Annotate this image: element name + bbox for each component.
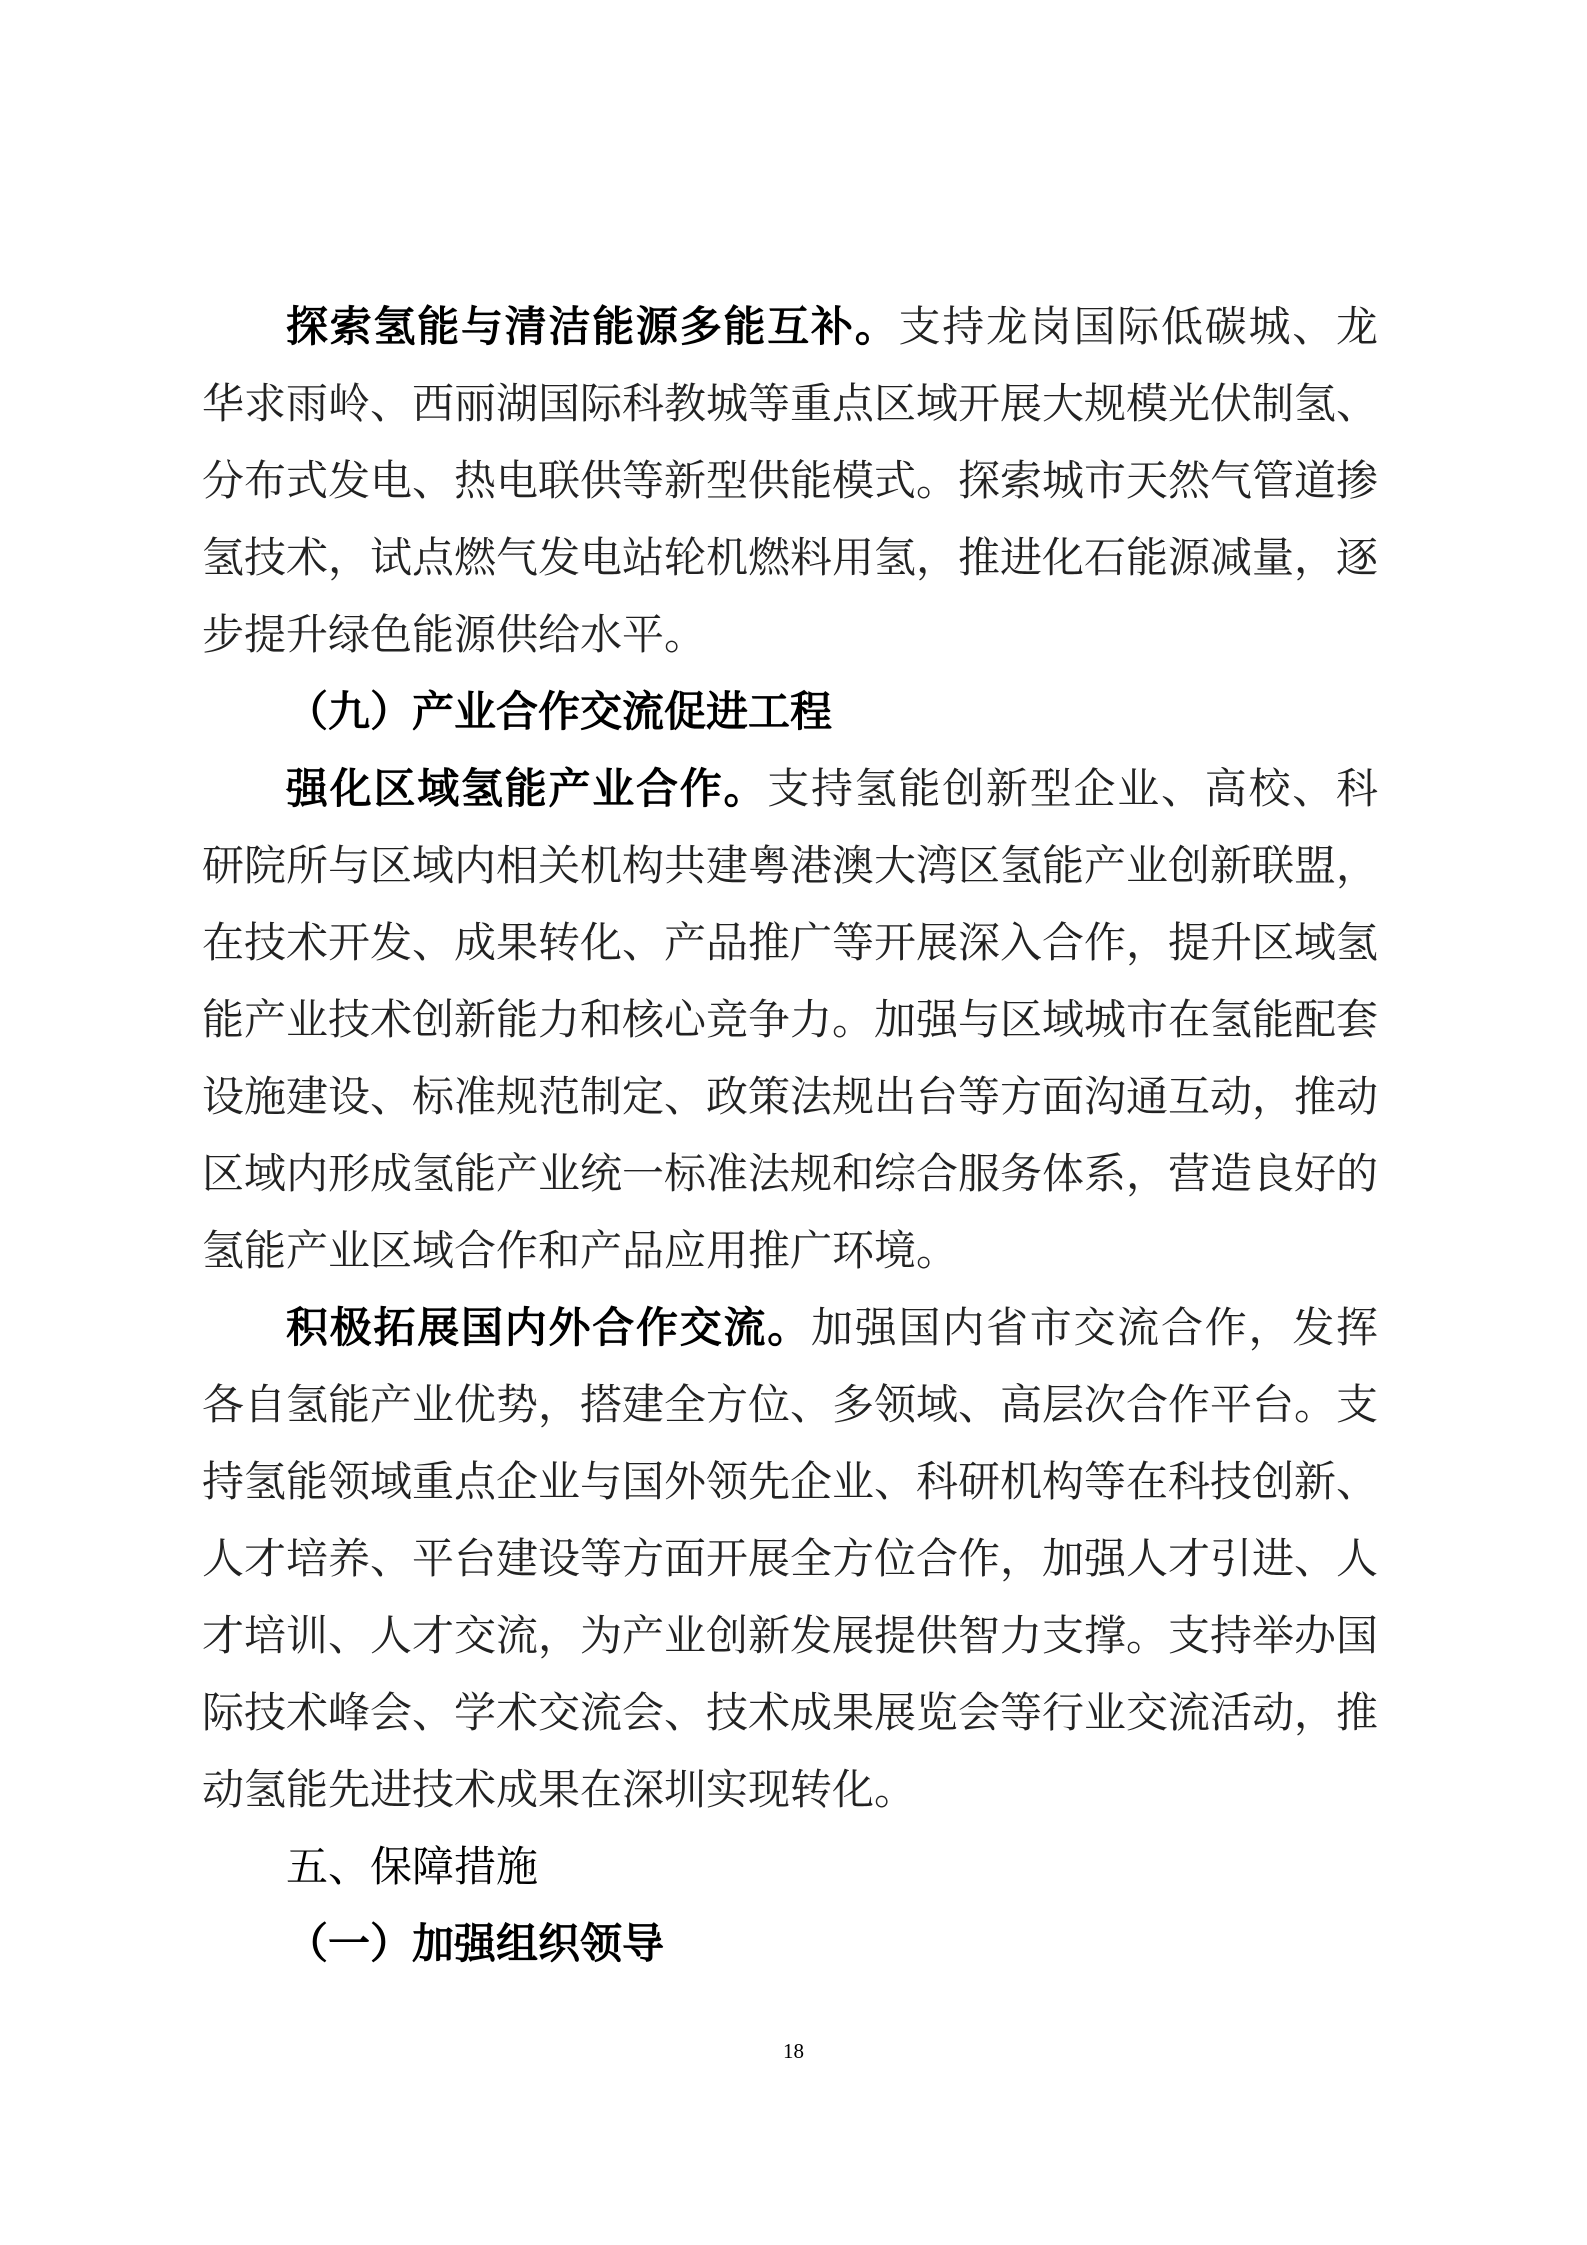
paragraph-body-text: 支持氢能创新型企业、高校、科研院所与区域内相关机构共建粤港澳大湾区氢能产业创新联… [202,764,1378,1275]
page-number: 18 [0,2036,1587,2066]
paragraph-lead-phrase: 强化区域氢能产业合作。 [286,764,767,813]
paragraph-multi-energy-complementarity: 探索氢能与清洁能源多能互补。支持龙岗国际低碳城、龙华求雨岭、西丽湖国际科教城等重… [202,288,1378,673]
section-heading-safeguard-measures: 五、保障措施 [202,1828,1378,1905]
paragraph-lead-phrase: 积极拓展国内外合作交流。 [286,1303,811,1352]
section-subheading-organizational-leadership: （一）加强组织领导 [202,1905,1378,1982]
paragraph-body-text: 支持龙岗国际低碳城、龙华求雨岭、西丽湖国际科教城等重点区域开展大规模光伏制氢、分… [202,302,1378,659]
section-subheading-industry-cooperation: （九）产业合作交流促进工程 [202,673,1378,750]
document-page: 探索氢能与清洁能源多能互补。支持龙岗国际低碳城、龙华求雨岭、西丽湖国际科教城等重… [0,0,1587,2245]
paragraph-regional-cooperation: 强化区域氢能产业合作。支持氢能创新型企业、高校、科研院所与区域内相关机构共建粤港… [202,750,1378,1289]
document-body: 探索氢能与清洁能源多能互补。支持龙岗国际低碳城、龙华求雨岭、西丽湖国际科教城等重… [202,288,1378,1982]
paragraph-lead-phrase: 探索氢能与清洁能源多能互补。 [286,302,898,351]
paragraph-domestic-international-exchange: 积极拓展国内外合作交流。加强国内省市交流合作，发挥各自氢能产业优势，搭建全方位、… [202,1289,1378,1828]
paragraph-body-text: 加强国内省市交流合作，发挥各自氢能产业优势，搭建全方位、多领域、高层次合作平台。… [202,1303,1378,1814]
